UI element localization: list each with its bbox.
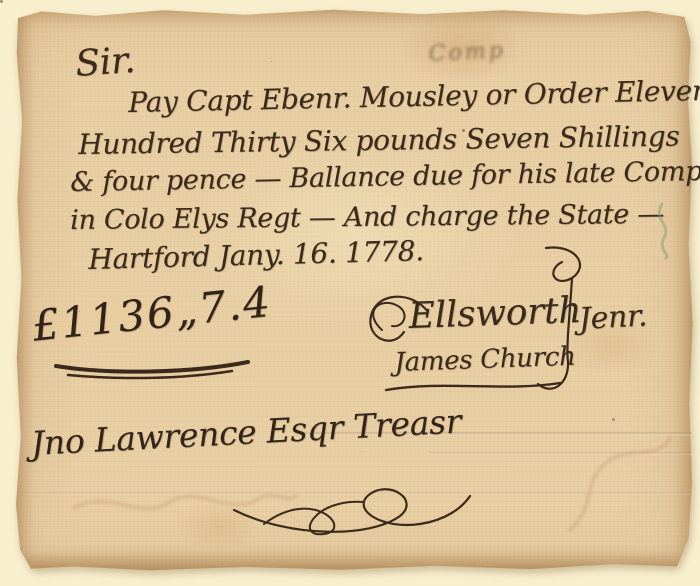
- body-line-4: in Colo Elys Regt — And charge the State…: [70, 199, 664, 236]
- signature-suffix: Jenr.: [578, 298, 648, 337]
- scanned-document-page: Comp Sir. Pay Capt Ebenr. Mousley or Ord…: [0, 0, 700, 586]
- bleed-through-smudge: [70, 478, 300, 528]
- green-ink-mark: [650, 200, 686, 260]
- amount-underline-flourish: [52, 358, 252, 382]
- salutation: Sir.: [74, 40, 136, 85]
- bleed-through-smudge: [560, 430, 680, 540]
- james-church-signature: James Church: [394, 342, 576, 378]
- paper-speck: [0, 0, 3, 3]
- ink-smudge: Comp: [428, 38, 506, 67]
- church-underline-flourish: [384, 378, 564, 394]
